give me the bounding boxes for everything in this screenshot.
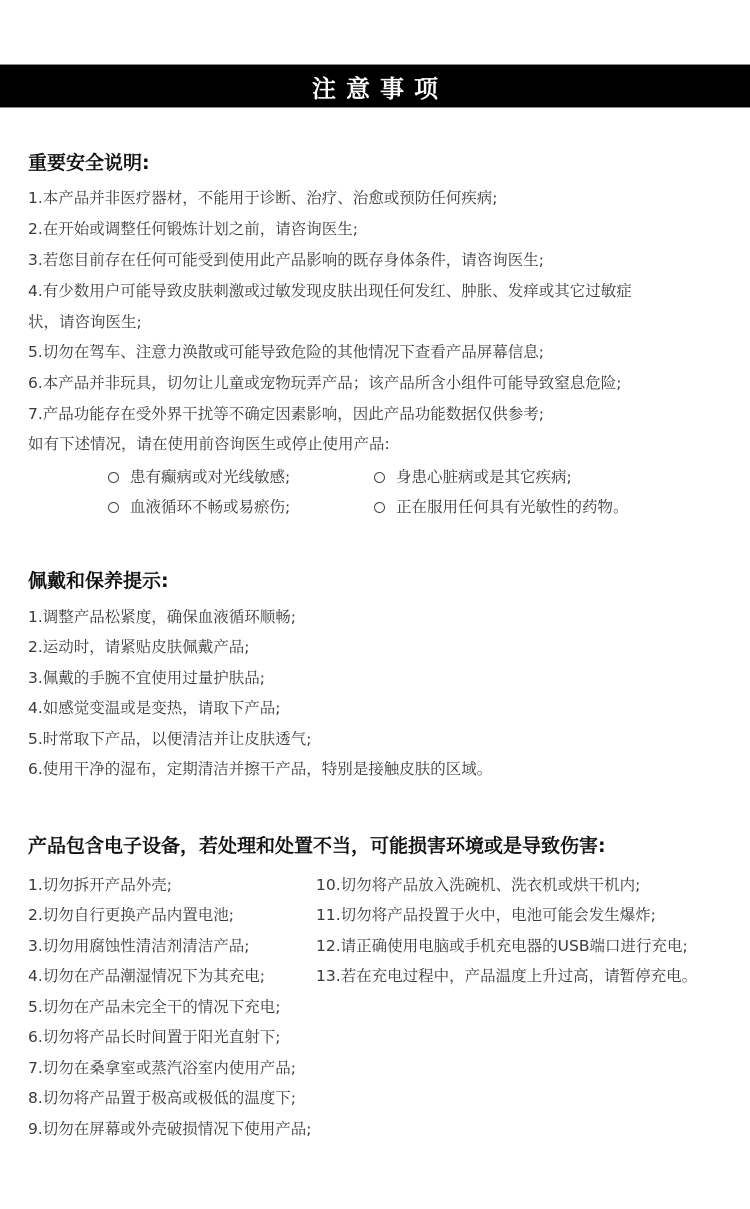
- electronics-item: 2.切勿自行更换产品内置电池;: [28, 905, 234, 925]
- electronics-item: 13.若在充电过程中，产品温度上升过高，请暂停充电。: [316, 966, 697, 986]
- electronics-item: 5.切勿在产品未完全干的情况下充电;: [28, 997, 281, 1017]
- condition-text: 身患心脏病或是其它疾病;: [396, 467, 572, 487]
- condition-item: 身患心脏病或是其它疾病;: [374, 467, 572, 487]
- safety-item: 2.在开始或调整任何锻炼计划之前，请咨询医生;: [28, 219, 358, 239]
- electronics-item: 11.切勿将产品投置于火中，电池可能会发生爆炸;: [316, 905, 656, 925]
- electronics-item: 3.切勿用腐蚀性清洁剂清洁产品;: [28, 936, 250, 956]
- safety-item: 5.切勿在驾车、注意力涣散或可能导致危险的其他情况下查看产品屏幕信息;: [28, 342, 544, 362]
- care-item: 2.运动时，请紧贴皮肤佩戴产品;: [28, 637, 250, 657]
- condition-text: 血液循环不畅或易瘀伤;: [130, 497, 290, 517]
- condition-item: 血液循环不畅或易瘀伤;: [108, 497, 290, 517]
- circle-bullet-icon: [108, 472, 119, 483]
- electronics-item: 7.切勿在桑拿室或蒸汽浴室内使用产品;: [28, 1058, 296, 1078]
- care-item: 4.如感觉变温或是变热，请取下产品;: [28, 698, 281, 718]
- electronics-item: 4.切勿在产品潮湿情况下为其充电;: [28, 966, 265, 986]
- safety-item: 4.有少数用户可能导致皮肤刺激或过敏发现皮肤出现任何发红、肿胀、发痒或其它过敏症: [28, 281, 632, 301]
- circle-bullet-icon: [374, 472, 385, 483]
- safety-item: 3.若您目前存在任何可能受到使用此产品影响的既存身体条件，请咨询医生;: [28, 250, 544, 270]
- electronics-section-title: 产品包含电子设备，若处理和处置不当，可能损害环境或是导致伤害:: [28, 831, 606, 858]
- electronics-item: 12.请正确使用电脑或手机充电器的USB端口进行充电;: [316, 936, 688, 956]
- care-item: 6.使用干净的湿布，定期清洁并擦干产品，特别是接触皮肤的区域。: [28, 759, 492, 779]
- electronics-item: 9.切勿在屏幕或外壳破损情况下使用产品;: [28, 1119, 312, 1139]
- electronics-item: 10.切勿将产品放入洗碗机、洗衣机或烘干机内;: [316, 875, 640, 895]
- safety-item: 状，请咨询医生;: [28, 312, 142, 332]
- condition-text: 患有癫病或对光线敏感;: [130, 467, 290, 487]
- electronics-item: 6.切勿将产品长时间置于阳光直射下;: [28, 1027, 281, 1047]
- safety-intro-conditions: 如有下述情况，请在使用前咨询医生或停止使用产品:: [28, 434, 390, 454]
- condition-item: 正在服用任何具有光敏性的药物。: [374, 497, 629, 517]
- circle-bullet-icon: [374, 502, 385, 513]
- circle-bullet-icon: [108, 502, 119, 513]
- care-section-title: 佩戴和保养提示:: [28, 566, 169, 593]
- safety-item: 6.本产品并非玩具，切勿让儿童或宠物玩弄产品；该产品所含小组件可能导致窒息危险;: [28, 373, 622, 393]
- care-item: 5.时常取下产品，以便清洁并让皮肤透气;: [28, 729, 312, 749]
- safety-item: 1.本产品并非医疗器材，不能用于诊断、治疗、治愈或预防任何疾病;: [28, 188, 498, 208]
- safety-item: 7.产品功能存在受外界干扰等不确定因素影响，因此产品功能数据仅供参考;: [28, 404, 544, 424]
- electronics-item: 1.切勿拆开产品外壳;: [28, 875, 172, 895]
- electronics-item: 8.切勿将产品置于极高或极低的温度下;: [28, 1088, 296, 1108]
- page-title: 注意事项: [302, 69, 448, 104]
- page-banner: 注意事项: [0, 64, 750, 108]
- care-item: 1.调整产品松紧度，确保血液循环顺畅;: [28, 607, 296, 627]
- condition-text: 正在服用任何具有光敏性的药物。: [396, 497, 629, 517]
- care-item: 3.佩戴的手腕不宜使用过量护肤品;: [28, 668, 265, 688]
- condition-item: 患有癫病或对光线敏感;: [108, 467, 290, 487]
- safety-section-title: 重要安全说明:: [28, 148, 150, 175]
